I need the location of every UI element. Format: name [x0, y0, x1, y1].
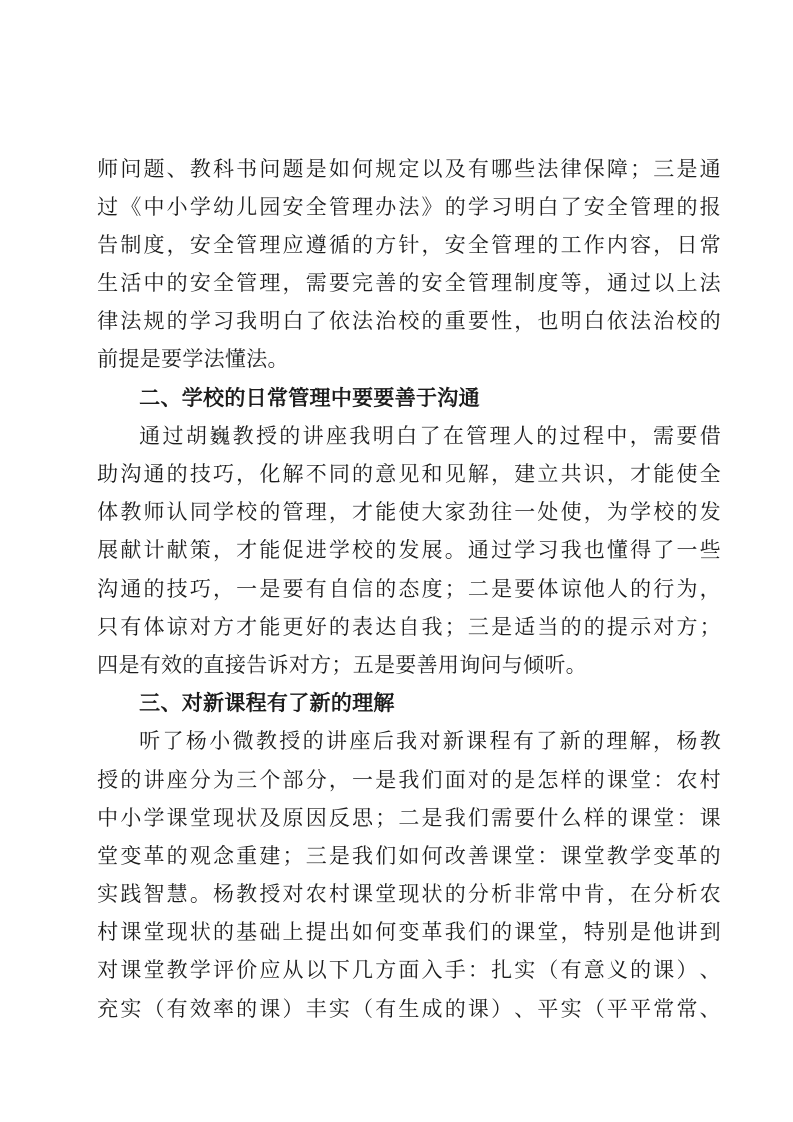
char-glyph: 扎	[491, 959, 512, 982]
char-glyph: 我	[421, 616, 442, 639]
char-glyph: 革	[421, 921, 442, 944]
char-glyph: 的	[303, 730, 324, 753]
char-glyph: 了	[536, 730, 557, 753]
char-glyph: 进	[306, 539, 327, 562]
char-glyph: 从	[282, 959, 303, 982]
char-glyph: 能	[259, 539, 280, 562]
char-glyph: 的	[676, 196, 697, 219]
char-glyph: 使	[398, 501, 419, 524]
char-glyph: 理	[491, 272, 512, 295]
char-glyph: 学	[190, 196, 211, 219]
char-glyph: 管	[468, 272, 489, 295]
char-glyph: 的	[445, 196, 466, 219]
char-glyph: 为	[676, 578, 697, 601]
char-glyph: ，	[282, 272, 303, 295]
char-glyph: 要	[352, 387, 373, 410]
char-glyph: 全	[306, 196, 327, 219]
char-glyph: 。	[267, 348, 288, 371]
char-glyph: 的	[421, 310, 442, 333]
char-glyph: 们	[468, 921, 489, 944]
char-glyph: 手	[445, 959, 466, 982]
char-glyph: 的	[699, 310, 720, 333]
text-line: 通过胡巍教授的讲座我明白了在管理人的过程中，需要借	[97, 417, 721, 455]
char-glyph: 处	[537, 501, 558, 524]
char-glyph: 们	[468, 807, 489, 830]
char-glyph: 我	[560, 539, 581, 562]
char-glyph: ：	[653, 769, 674, 792]
char-glyph: 一	[352, 769, 373, 792]
char-glyph: 师	[97, 158, 118, 181]
char-glyph: 学	[630, 501, 651, 524]
char-glyph: 安	[282, 196, 303, 219]
char-glyph: ；	[445, 616, 466, 639]
char-glyph: 堂	[375, 883, 396, 906]
char-glyph: 管	[236, 272, 257, 295]
char-glyph: 实	[97, 883, 118, 906]
char-glyph: 课	[630, 807, 651, 830]
char-glyph: 平	[537, 998, 558, 1021]
char-glyph: 对	[282, 883, 303, 906]
char-glyph: 丰	[306, 998, 327, 1021]
char-glyph: 善	[468, 845, 489, 868]
char-glyph: 法	[246, 348, 267, 371]
char-glyph: 需	[306, 272, 327, 295]
char-glyph: 人	[513, 425, 534, 448]
char-glyph: 有	[375, 998, 396, 1021]
char-glyph: 识	[584, 463, 605, 486]
char-glyph: 思	[352, 807, 373, 830]
char-glyph: ，	[167, 234, 188, 257]
text-line: 只有体谅对方才能更好的表达自我；三是适当的的提示对方；	[97, 608, 721, 646]
char-glyph: 能	[259, 616, 280, 639]
char-glyph: 循	[329, 234, 350, 257]
char-glyph: ，	[607, 463, 628, 486]
section-heading: 二、学校的日常管理中要要善于沟通	[97, 379, 721, 417]
char-glyph: ；	[282, 845, 303, 868]
char-glyph: 改	[445, 845, 466, 868]
char-glyph: 评	[213, 959, 234, 982]
char-glyph: 使	[676, 463, 697, 486]
text-line: 授的讲座分为三个部分，一是我们面对的是怎样的课堂：农村	[97, 761, 721, 799]
char-glyph: 以	[306, 959, 327, 982]
char-glyph: 一	[236, 578, 257, 601]
char-glyph: 法	[537, 158, 558, 181]
char-glyph: 师	[143, 501, 164, 524]
char-glyph: 哪	[491, 158, 512, 181]
char-glyph: 家	[445, 501, 466, 524]
text-line: 四是有效的直接告诉对方；五是要善用询问与倾听。	[97, 646, 721, 684]
char-glyph: ，	[213, 578, 234, 601]
char-glyph: 告	[97, 234, 118, 257]
char-glyph: ：	[468, 959, 489, 982]
text-line: 体教师认同学校的管理，才能使大家劲往一处使，为学校的发	[97, 494, 721, 532]
char-glyph: ，	[329, 769, 350, 792]
char-glyph: 教	[700, 730, 721, 753]
char-glyph: 个	[259, 769, 280, 792]
char-glyph: 分	[306, 769, 327, 792]
char-glyph: ，	[584, 501, 605, 524]
char-glyph: 善	[395, 387, 416, 410]
char-glyph: 了	[419, 425, 440, 448]
char-glyph: 计	[143, 539, 164, 562]
char-glyph: 在	[443, 425, 464, 448]
char-glyph: 日	[676, 234, 697, 257]
char-glyph: 充	[97, 998, 118, 1021]
char-glyph: 成	[421, 998, 442, 1021]
char-glyph: 习	[213, 310, 234, 333]
char-glyph: 的	[224, 387, 245, 410]
char-glyph: 堂	[537, 921, 558, 944]
char-glyph: 堂	[97, 845, 118, 868]
char-glyph: 学	[190, 310, 211, 333]
char-glyph: 的	[329, 616, 350, 639]
char-glyph: 课	[466, 730, 487, 753]
char-glyph: 题	[282, 158, 303, 181]
char-glyph: 的	[259, 501, 280, 524]
char-glyph: 律	[97, 310, 118, 333]
text-line: 助沟通的技巧，化解不同的意见和见解，建立共识，才能使全	[97, 456, 721, 494]
char-glyph: 与	[502, 654, 523, 677]
char-glyph: 的	[167, 272, 188, 295]
char-glyph: 是	[259, 578, 280, 601]
char-glyph: 课	[120, 959, 141, 982]
char-glyph: 上	[676, 272, 697, 295]
char-glyph: 幼	[213, 196, 234, 219]
char-glyph: ，	[584, 272, 605, 295]
char-glyph: 何	[352, 158, 373, 181]
char-glyph: 过	[97, 196, 118, 219]
char-glyph: 中	[560, 883, 581, 906]
char-glyph: 讲	[303, 425, 324, 448]
char-glyph: 我	[398, 769, 419, 792]
char-glyph: 理	[606, 730, 627, 753]
text-line: 充实（有效率的课）丰实（有生成的课）、平实（平平常常、	[97, 990, 721, 1028]
char-glyph: 要	[329, 272, 350, 295]
char-glyph: 堂	[630, 769, 651, 792]
char-glyph: 中	[97, 807, 118, 830]
section-heading: 三、对新课程有了新的理解	[97, 685, 721, 723]
char-glyph: 得	[630, 539, 651, 562]
char-glyph: 管	[282, 501, 303, 524]
char-glyph: 是	[329, 845, 350, 868]
char-glyph: 应	[259, 959, 280, 982]
char-glyph: 沟	[437, 387, 458, 410]
char-glyph: 的	[375, 539, 396, 562]
char-glyph: 学	[182, 387, 203, 410]
char-glyph: 出	[329, 921, 350, 944]
char-glyph: 展	[97, 539, 118, 562]
char-glyph: 、	[167, 158, 188, 181]
char-glyph: 巧	[190, 578, 211, 601]
char-glyph: 理	[653, 196, 674, 219]
char-glyph: 状	[190, 921, 211, 944]
char-glyph: 对	[419, 730, 440, 753]
char-glyph: ，	[213, 539, 234, 562]
char-glyph: ：	[676, 807, 697, 830]
char-glyph: 学	[630, 845, 651, 868]
char-glyph: 通	[139, 425, 160, 448]
char-glyph: ，	[560, 921, 581, 944]
text-line: 展献计献策，才能促进学校的发展。通过学习我也懂得了一些	[97, 532, 721, 570]
char-glyph: 的	[398, 272, 419, 295]
char-glyph: 管	[466, 425, 487, 448]
char-glyph: 的	[167, 310, 188, 333]
char-glyph: 提	[118, 348, 139, 371]
char-glyph: 的	[331, 692, 352, 715]
char-glyph: 现	[167, 921, 188, 944]
char-glyph: 了	[653, 539, 674, 562]
char-glyph: 要	[161, 348, 182, 371]
char-glyph: 授	[259, 883, 280, 906]
char-glyph: 堂	[143, 959, 164, 982]
char-glyph: 现	[213, 807, 234, 830]
char-glyph: 课	[653, 959, 674, 982]
char-glyph: 革	[676, 845, 697, 868]
char-glyph: 谅	[167, 616, 188, 639]
char-glyph: 的	[583, 730, 604, 753]
char-glyph: 慧	[167, 883, 188, 906]
char-glyph: 、	[160, 692, 181, 715]
char-glyph: 教	[256, 730, 277, 753]
char-glyph: 因	[306, 807, 327, 830]
char-glyph: 小	[120, 807, 141, 830]
char-glyph: 一	[676, 539, 697, 562]
char-glyph: 题	[143, 158, 164, 181]
char-glyph: 需	[653, 425, 674, 448]
char-glyph: 如	[352, 921, 373, 944]
char-glyph: 有	[468, 158, 489, 181]
char-glyph: 堂	[584, 845, 605, 868]
char-glyph: 课	[491, 845, 512, 868]
char-glyph: 懂	[607, 539, 628, 562]
char-glyph: 全	[607, 196, 628, 219]
char-glyph: 询	[459, 654, 480, 677]
char-glyph: 的	[536, 425, 557, 448]
char-glyph: 的	[630, 959, 651, 982]
char-glyph: 授	[97, 769, 118, 792]
char-glyph: 课	[120, 921, 141, 944]
char-glyph: ；	[331, 654, 352, 677]
char-glyph: 农	[676, 769, 697, 792]
char-glyph: ，	[491, 463, 512, 486]
char-glyph: 提	[607, 616, 628, 639]
char-glyph: 以	[421, 158, 442, 181]
char-glyph: 工	[560, 234, 581, 257]
char-glyph: 达	[375, 616, 396, 639]
char-glyph: 法	[352, 310, 373, 333]
char-glyph: 能	[375, 501, 396, 524]
char-glyph: 献	[120, 539, 141, 562]
char-glyph: 的	[560, 616, 581, 639]
char-glyph: 度	[537, 272, 558, 295]
char-glyph: 础	[259, 921, 280, 944]
char-glyph: 依	[607, 310, 628, 333]
char-glyph: 对	[653, 616, 674, 639]
char-glyph: 程	[245, 692, 266, 715]
text-line: 听了杨小微教授的讲座后我对新课程有了新的理解，杨教	[97, 723, 721, 761]
char-glyph: 才	[630, 463, 651, 486]
char-glyph: 生	[398, 998, 419, 1021]
char-glyph: 四	[97, 654, 118, 677]
char-glyph: 杨	[213, 883, 234, 906]
char-glyph: 律	[560, 158, 581, 181]
char-glyph: 中	[331, 387, 352, 410]
char-glyph: 课	[167, 807, 188, 830]
char-glyph: ，	[699, 578, 720, 601]
text-line: 过《中小学幼儿园安全管理办法》的学习明白了安全管理的报	[97, 188, 721, 226]
char-glyph: 是	[491, 578, 512, 601]
char-glyph: 才	[236, 539, 257, 562]
char-glyph: 也	[537, 310, 558, 333]
char-glyph: 上	[282, 921, 303, 944]
char-glyph: ，	[421, 234, 442, 257]
char-glyph: 有	[167, 998, 188, 1021]
char-glyph: 三	[653, 158, 674, 181]
char-glyph: 依	[329, 310, 350, 333]
char-glyph: 有	[513, 730, 534, 753]
char-glyph: 一	[514, 501, 535, 524]
char-glyph: 化	[259, 463, 280, 486]
char-glyph: 展	[421, 539, 442, 562]
char-glyph: 学	[329, 539, 350, 562]
char-glyph: 通	[143, 463, 164, 486]
char-glyph: 理	[352, 692, 373, 715]
char-glyph: 。	[190, 883, 211, 906]
char-glyph: 明	[560, 310, 581, 333]
char-glyph: 治	[375, 310, 396, 333]
char-glyph: 如	[398, 845, 419, 868]
char-glyph: 中	[143, 196, 164, 219]
char-glyph: 常	[653, 998, 674, 1021]
char-glyph: 胡	[186, 425, 207, 448]
char-glyph: 全	[213, 272, 234, 295]
char-glyph: 解	[373, 692, 394, 715]
char-glyph: 遵	[306, 234, 327, 257]
char-glyph: 安	[421, 272, 442, 295]
char-glyph: 使	[560, 501, 581, 524]
char-glyph: 等	[560, 272, 581, 295]
char-glyph: 白	[396, 425, 417, 448]
char-glyph: 全	[445, 272, 466, 295]
char-glyph: 解	[282, 463, 303, 486]
char-glyph: 通	[120, 578, 141, 601]
char-glyph: 新	[559, 730, 580, 753]
char-glyph: 教	[236, 883, 257, 906]
char-glyph: 促	[282, 539, 303, 562]
char-glyph: 全	[213, 234, 234, 257]
char-glyph: 完	[352, 272, 373, 295]
char-glyph: 教	[120, 501, 141, 524]
char-glyph: 析	[676, 883, 697, 906]
char-glyph: 的	[352, 463, 373, 486]
char-glyph: 是	[118, 654, 139, 677]
char-glyph: 部	[282, 769, 303, 792]
char-glyph: 座	[167, 769, 188, 792]
char-glyph: 分	[468, 883, 489, 906]
char-glyph: 度	[143, 234, 164, 257]
char-glyph: 率	[213, 998, 234, 1021]
text-line: 告制度，安全管理应遵循的方针，安全管理的工作内容，日常	[97, 226, 721, 264]
char-glyph: 智	[143, 883, 164, 906]
char-glyph: 入	[421, 959, 442, 982]
char-glyph: 建	[514, 463, 535, 486]
char-glyph: 规	[375, 158, 396, 181]
char-glyph: 提	[306, 921, 327, 944]
char-glyph: 园	[259, 196, 280, 219]
char-glyph: 管	[329, 196, 350, 219]
document-body: 师问题、教科书问题是如何规定以及有哪些法律保障；三是通过《中小学幼儿园安全管理办…	[97, 150, 721, 1028]
char-glyph: 学	[182, 348, 203, 371]
char-glyph: 课	[468, 998, 489, 1021]
char-glyph: 法	[630, 310, 651, 333]
char-glyph: 村	[97, 921, 118, 944]
char-glyph: 理	[489, 425, 510, 448]
text-line: 律法规的学习我明白了依法治校的重要性，也明白依法治校的	[97, 303, 721, 341]
char-glyph: ，	[236, 463, 257, 486]
char-glyph: 三	[236, 769, 257, 792]
char-glyph: 习	[491, 196, 512, 219]
char-glyph: 懂	[225, 348, 246, 371]
char-glyph: 示	[630, 616, 651, 639]
char-glyph: 信	[352, 578, 373, 601]
char-glyph: 听	[139, 730, 160, 753]
text-line: 师问题、教科书问题是如何规定以及有哪些法律保障；三是通	[97, 150, 721, 188]
char-glyph: 后	[373, 730, 394, 753]
char-glyph: 白	[282, 310, 303, 333]
char-glyph: 效	[190, 998, 211, 1021]
char-glyph: 课	[352, 883, 373, 906]
char-glyph: 性	[491, 310, 512, 333]
char-glyph: 要	[282, 578, 303, 601]
char-glyph: 体	[537, 578, 558, 601]
char-glyph: 明	[514, 196, 535, 219]
char-glyph: ，	[653, 234, 674, 257]
char-glyph: 体	[97, 501, 118, 524]
char-glyph: 学	[213, 501, 234, 524]
char-glyph: 大	[421, 501, 442, 524]
char-glyph: 原	[282, 807, 303, 830]
char-glyph: 么	[560, 807, 581, 830]
text-line: 堂变革的观念重建；三是我们如何改善课堂：课堂教学变革的	[97, 837, 721, 875]
char-glyph: 接	[225, 654, 246, 677]
char-glyph: 安	[584, 196, 605, 219]
char-glyph: 法	[699, 272, 720, 295]
text-line: 实践智慧。杨教授对农村课堂现状的分析非常中肯，在分析农	[97, 876, 721, 914]
char-glyph: 学	[514, 539, 535, 562]
char-glyph: ，	[630, 425, 651, 448]
char-glyph: 制	[514, 272, 535, 295]
char-glyph: 前	[97, 348, 118, 371]
char-glyph: 内	[607, 234, 628, 257]
char-glyph: 新	[309, 692, 330, 715]
char-glyph: 村	[329, 883, 350, 906]
char-glyph: 面	[445, 769, 466, 792]
char-glyph: 堂	[514, 845, 535, 868]
char-glyph: 有	[267, 692, 288, 715]
char-glyph: 意	[375, 463, 396, 486]
char-glyph: （	[584, 998, 605, 1021]
char-glyph: 的	[445, 998, 466, 1021]
char-glyph: 方	[375, 959, 396, 982]
char-glyph: 我	[396, 730, 417, 753]
char-glyph: 明	[259, 310, 280, 333]
char-glyph: 三	[306, 845, 327, 868]
char-glyph: 的	[676, 501, 697, 524]
char-glyph: ；	[630, 158, 651, 181]
char-glyph: 和	[421, 463, 442, 486]
char-glyph: 我	[445, 807, 466, 830]
char-glyph: 的	[630, 578, 651, 601]
